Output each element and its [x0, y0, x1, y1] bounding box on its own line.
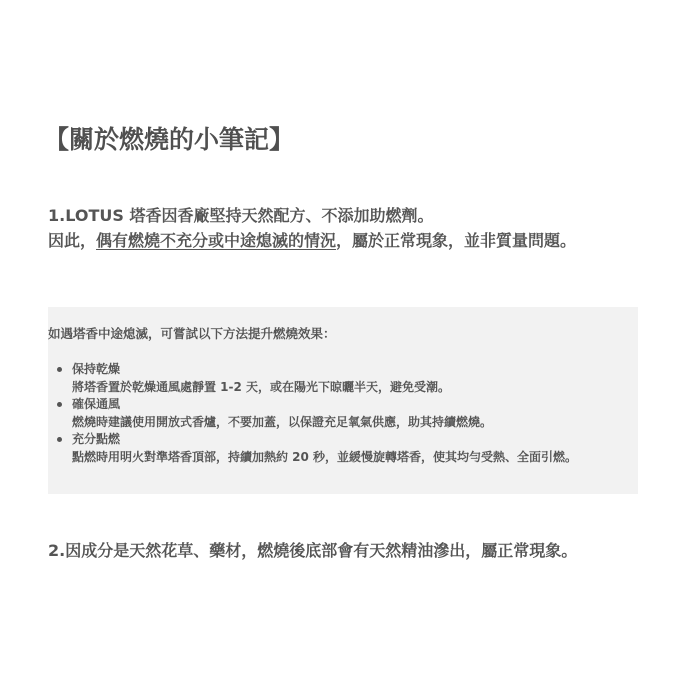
tip-heading: 充分點燃: [72, 432, 120, 446]
tip-heading: 確保通風: [72, 397, 120, 411]
tip-item-ventilation: 確保通風 燃燒時建議使用開放式香爐，不要加蓋，以保證充足氧氣供應，助其持續燃燒。: [48, 396, 577, 431]
note-point-2: 2.因成分是天然花草、藥材，燃燒後底部會有天然精油滲出，屬正常現象。: [48, 538, 577, 561]
note-point-1-emphasis: 偶有燃燒不充分或中途熄滅的情況: [96, 231, 336, 250]
tip-description: 點燃時用明火對準塔香頂部，持續加熱約 20 秒，並緩慢旋轉塔香，使其均勻受熱、全…: [72, 449, 577, 467]
tips-intro: 如遇塔香中途熄滅，可嘗試以下方法提升燃燒效果：: [48, 324, 336, 342]
bullet-icon: [57, 437, 62, 442]
note-point-1-suffix: ，屬於正常現象，並非質量問題。: [336, 231, 576, 250]
tip-description: 將塔香置於乾燥通風處靜置 1-2 天，或在陽光下晾曬半天，避免受潮。: [72, 379, 577, 397]
tip-description: 燃燒時建議使用開放式香爐，不要加蓋，以保證充足氧氣供應，助其持續燃燒。: [72, 414, 577, 432]
tip-item-keep-dry: 保持乾燥 將塔香置於乾燥通風處靜置 1-2 天，或在陽光下晾曬半天，避免受潮。: [48, 361, 577, 396]
tips-list: 保持乾燥 將塔香置於乾燥通風處靜置 1-2 天，或在陽光下晾曬半天，避免受潮。 …: [48, 361, 577, 466]
bullet-icon: [57, 367, 62, 372]
bullet-icon: [57, 402, 62, 407]
note-point-1-line-1: 1.LOTUS 塔香因香廠堅持天然配方、不添加助燃劑。: [48, 203, 576, 228]
burning-tips-box: 如遇塔香中途熄滅，可嘗試以下方法提升燃燒效果： 保持乾燥 將塔香置於乾燥通風處靜…: [48, 307, 638, 494]
page-title: 【關於燃燒的小筆記】: [44, 120, 294, 156]
note-point-1-prefix: 因此，: [48, 231, 96, 250]
tip-item-full-ignition: 充分點燃 點燃時用明火對準塔香頂部，持續加熱約 20 秒，並緩慢旋轉塔香，使其均…: [48, 431, 577, 466]
tip-heading: 保持乾燥: [72, 362, 120, 376]
note-point-1: 1.LOTUS 塔香因香廠堅持天然配方、不添加助燃劑。 因此，偶有燃燒不充分或中…: [48, 203, 576, 253]
note-point-1-line-2: 因此，偶有燃燒不充分或中途熄滅的情況，屬於正常現象，並非質量問題。: [48, 228, 576, 253]
